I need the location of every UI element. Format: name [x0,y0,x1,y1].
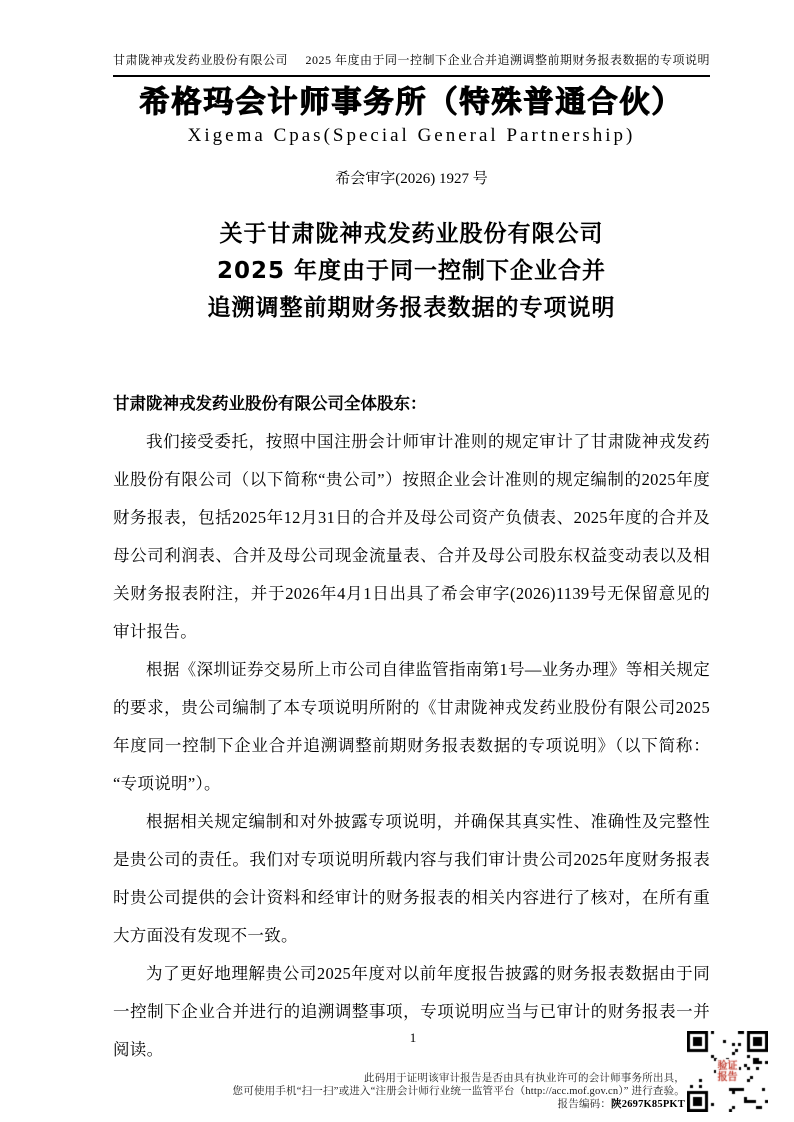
verification-footer-line-3: 报告编码：陕2697K85PKT [125,1098,685,1111]
report-code-value: 陕2697K85PKT [611,1099,685,1110]
salutation: 甘肃陇神戎发药业股份有限公司全体股东： [113,385,710,423]
document-page: 甘肃陇神戎发药业股份有限公司 2025 年度由于同一控制下企业合并追溯调整前期财… [0,0,794,1122]
paragraph-regulation-basis: 根据《深圳证券交易所上市公司自律监管指南第1号—业务办理》等相关规定的要求，贵公… [113,651,710,803]
verification-footer-line-2: 您可使用手机“扫一扫”或进入“注册会计师行业统一监管平台（http://acc.… [125,1085,685,1098]
paragraph-responsibility: 根据相关规定编制和对外披露专项说明，并确保其真实性、准确性及完整性是贵公司的责任… [113,803,710,955]
running-header-title: 2025 年度由于同一控制下企业合并追溯调整前期财务报表数据的专项说明 [305,51,710,68]
main-title: 关于甘肃陇神戎发药业股份有限公司 2025 年度由于同一控制下企业合并 追溯调整… [113,216,710,327]
qr-code [687,1031,768,1112]
report-code-label: 报告编码： [558,1099,612,1110]
verification-footer-line-1: 此码用于证明该审计报告是否由具有执业许可的会计师事务所出具， [125,1072,685,1085]
main-title-line-2: 2025 年度由于同一控制下企业合并 [113,253,710,290]
page-number: 1 [113,1030,713,1046]
paragraph-reading-guidance: 为了更好地理解贵公司2025年度对以前年度报告披露的财务报表数据由于同一控制下企… [113,955,710,1069]
main-title-line-1: 关于甘肃陇神戎发药业股份有限公司 [113,216,710,253]
running-header: 甘肃陇神戎发药业股份有限公司 2025 年度由于同一控制下企业合并追溯调整前期财… [113,0,710,77]
main-title-line-3: 追溯调整前期财务报表数据的专项说明 [113,290,710,327]
running-header-company: 甘肃陇神戎发药业股份有限公司 [113,51,288,68]
firm-name-english: Xigema Cpas(Special General Partnership) [113,124,710,148]
firm-name-chinese: 希格玛会计师事务所（特殊普通合伙） [113,85,710,121]
verification-footer: 此码用于证明该审计报告是否由具有执业许可的会计师事务所出具， 您可使用手机“扫一… [125,1072,685,1111]
paragraph-audit-scope: 我们接受委托，按照中国注册会计师审计准则的规定审计了甘肃陇神戎发药业股份有限公司… [113,423,710,651]
document-number: 希会审字(2026) 1927 号 [113,169,710,189]
